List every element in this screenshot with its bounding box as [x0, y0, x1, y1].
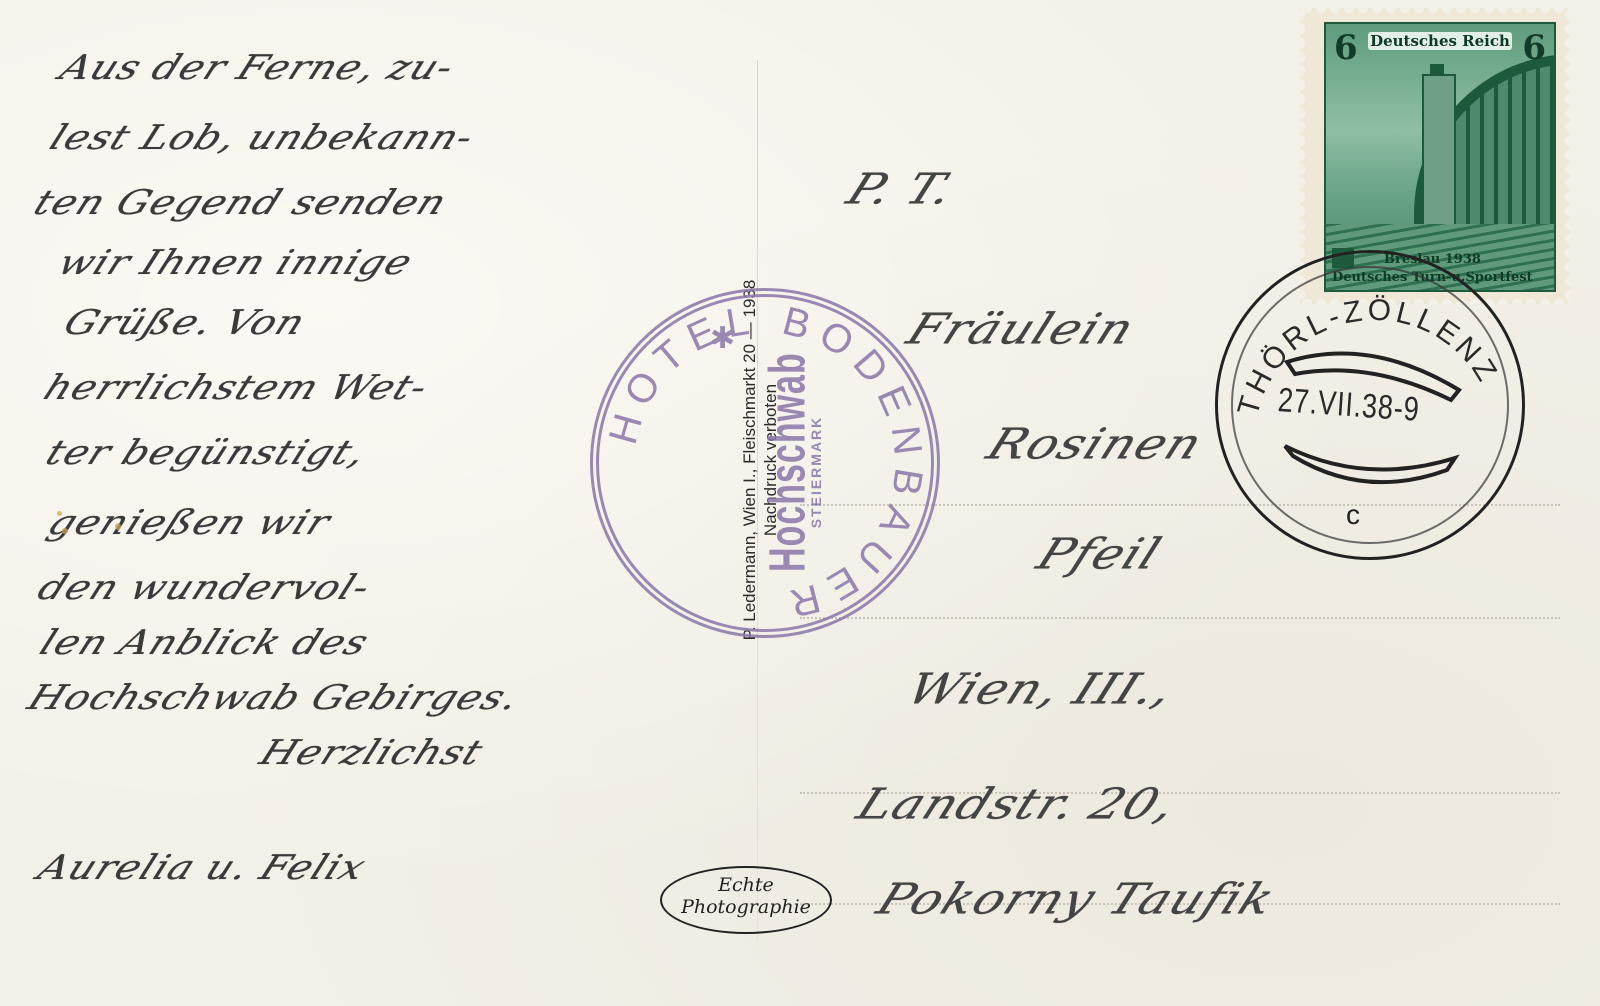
message-line: den wundervol- [32, 568, 377, 607]
cachet-inner: STEIERMARK Hochschwab [714, 372, 824, 572]
message-line: Aus der Ferne, zu- [54, 48, 460, 87]
hotel-cachet: HOTEL BODENBAUER ✱ STEIERMARK Hochschwab [590, 288, 940, 638]
star-icon: ✱ [710, 321, 735, 356]
postmark: THÖRL-ZÖLLENZ 27.VII.38-9 c [1215, 250, 1525, 560]
real-photo-mark: Echte Photographie [660, 866, 832, 934]
message-line: herrlichstem Wet- [38, 368, 434, 407]
address-name: Rosinen [980, 419, 1210, 468]
address-city: Wien, III., [900, 664, 1182, 713]
foxing-spot [62, 528, 68, 534]
postcard-back: Aus der Ferne, zu- lest Lob, unbekann- t… [0, 0, 1600, 1006]
message-line: Grüße. Von [58, 303, 312, 342]
message-line: ten Gegend senden [28, 183, 453, 222]
address-title: Fräulein [900, 304, 1142, 353]
message-line: genießen wir [42, 503, 336, 542]
address-street: Landstr. 20, [850, 779, 1185, 828]
message-line: ter begünstigt, [40, 433, 373, 472]
address-c-o: Pokorny Taufik [870, 874, 1283, 923]
signature: Aurelia u. Felix [32, 848, 372, 887]
message-line: Hochschwab Gebirges. [22, 678, 526, 717]
stamp-country: Deutsches Reich [1368, 32, 1512, 50]
cachet-inner-big: Hochschwab [759, 372, 818, 572]
address-surname: Pfeil [1030, 529, 1169, 578]
message-line: len Anblick des [34, 623, 375, 662]
stamp-value-left: 6 [1334, 28, 1358, 68]
real-photo-line1: Echte [662, 874, 830, 896]
tower-icon [1422, 74, 1456, 228]
foxing-spot [57, 511, 62, 516]
stamp-value-right: 6 [1522, 28, 1546, 68]
address-salutation: P. T. [840, 164, 962, 213]
real-photo-line2: Photographie [662, 896, 830, 918]
message-line: lest Lob, unbekann- [44, 118, 480, 157]
message-closing: Herzlichst [254, 733, 489, 772]
message-line: wir Ihnen innige [52, 243, 419, 282]
postmark-code: c [1346, 499, 1360, 531]
foxing-spot [115, 523, 121, 530]
